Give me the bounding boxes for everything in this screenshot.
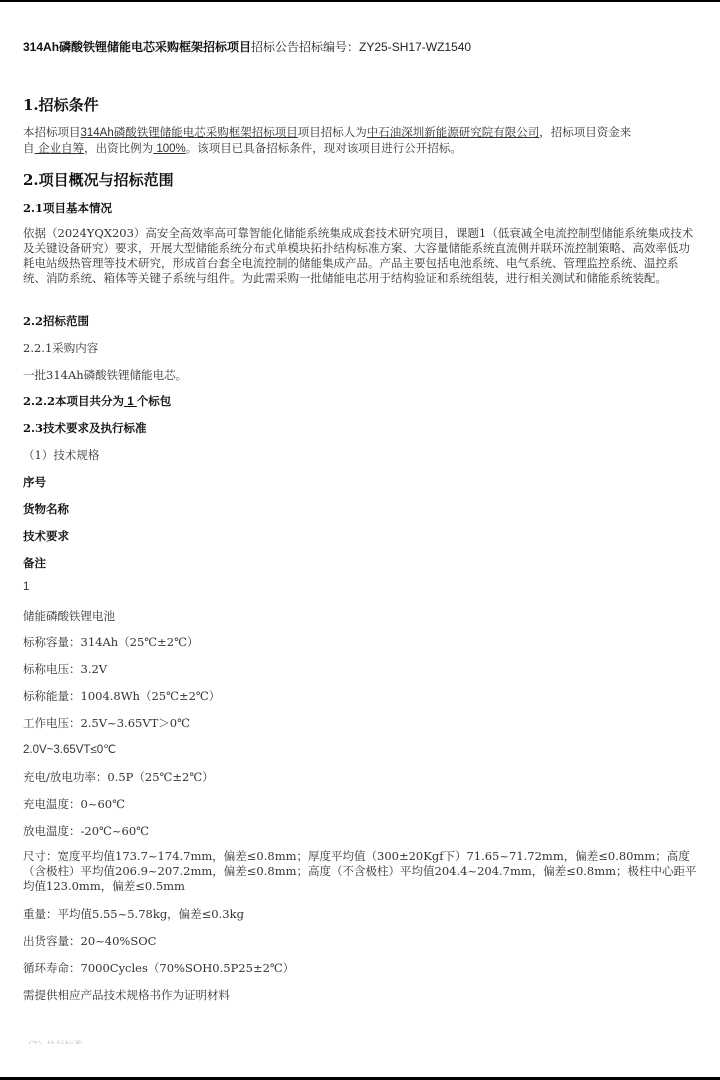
req-power: 充电/放电功率：0.5P（25℃±2℃） <box>23 769 214 785</box>
section2-1-paragraph: 依据（2024YQX203）高安全高效率高可靠智能化储能系统集成成套技术研究项目… <box>23 226 699 286</box>
document-title: 314Ah磷酸铁锂储能电芯采购框架招标项目招标公告招标编号：ZY25-SH17-… <box>23 38 471 55</box>
top-border <box>0 0 720 2</box>
table-header-index: 序号 <box>23 474 46 490</box>
funding-ratio: 100% <box>153 143 186 155</box>
procurement-content: 一批314Ah磷酸铁锂储能电芯。 <box>23 367 187 383</box>
req-charge-temp: 充电温度：0~60℃ <box>23 796 125 812</box>
text: 个标包 <box>137 394 172 408</box>
section2-heading: 2.项目概况与招标范围 <box>23 169 174 190</box>
row-index: 1 <box>23 581 29 593</box>
bid-number: ZY25-SH17-WZ1540 <box>359 40 471 54</box>
title-project-name: 314Ah磷酸铁锂储能电芯采购框架招标项目 <box>23 40 251 54</box>
text: 项目招标人为 <box>298 125 367 139</box>
table-header-name: 货物名称 <box>23 501 69 517</box>
section1-heading: 1.招标条件 <box>23 94 99 115</box>
tenderer-name: 中石油深圳新能源研究院有限公司 <box>367 125 540 139</box>
req-energy: 标称能量：1004.8Wh（25℃±2℃） <box>23 688 220 704</box>
text: ，招标项目资金来 <box>539 125 631 139</box>
section2-2-2-heading: 2.2.2本项目共分为 1 个标包 <box>23 393 171 409</box>
table-header-remarks: 备注 <box>23 555 46 571</box>
req-dimensions: 尺寸：宽度平均值173.7~174.7mm，偏差≤0.8mm；厚度平均值（300… <box>23 849 699 894</box>
req-discharge-temp: 放电温度：-20℃~60℃ <box>23 823 149 839</box>
tech-spec-label: （1）技术规格 <box>23 447 99 463</box>
table-header-requirements: 技术要求 <box>23 528 69 544</box>
text: 2.2.2本项目共分为 <box>23 394 124 408</box>
title-suffix: 招标公告招标编号： <box>251 40 359 54</box>
row-goods-name: 储能磷酸铁锂电池 <box>23 608 115 624</box>
section2-2-1-heading: 2.2.1采购内容 <box>23 340 98 356</box>
req-spec-document: 需提供相应产品技术规格书作为证明材料 <box>23 987 230 1003</box>
text: 自 <box>23 141 35 155</box>
execution-standard-label-clipped: （2）执行标准 <box>23 1038 83 1044</box>
req-voltage: 标称电压：3.2V <box>23 661 107 677</box>
text: ，出资比例为 <box>84 141 153 155</box>
req-working-voltage: 工作电压：2.5V~3.65VT＞0℃ <box>23 715 190 731</box>
text: 。该项目已具备招标条件，现对该项目进行公开招标。 <box>186 141 462 155</box>
package-count: 1 <box>124 396 137 408</box>
req-weight: 重量：平均值5.55~5.78kg，偏差≤0.3kg <box>23 906 244 922</box>
req-working-voltage-low-temp: 2.0V~3.65VT≤0℃ <box>23 742 116 756</box>
req-cycle-life: 循环寿命：7000Cycles（70%SOH0.5P25±2℃） <box>23 960 294 976</box>
section1-paragraph: 本招标项目314Ah磷酸铁锂储能电芯采购框架招标项目项目招标人为中石油深圳新能源… <box>23 125 699 157</box>
section2-2-heading: 2.2招标范围 <box>23 313 89 329</box>
text: 本招标项目 <box>23 125 81 139</box>
req-shipping-capacity: 出货容量：20~40%SOC <box>23 933 156 949</box>
req-capacity: 标称容量：314Ah（25℃±2℃） <box>23 634 198 650</box>
section2-3-heading: 2.3技术要求及执行标准 <box>23 420 147 436</box>
funding-source: 企业自筹 <box>35 141 85 155</box>
section2-1-heading: 2.1项目基本情况 <box>23 200 112 216</box>
project-name-link: 314Ah磷酸铁锂储能电芯采购框架招标项目 <box>81 127 298 139</box>
